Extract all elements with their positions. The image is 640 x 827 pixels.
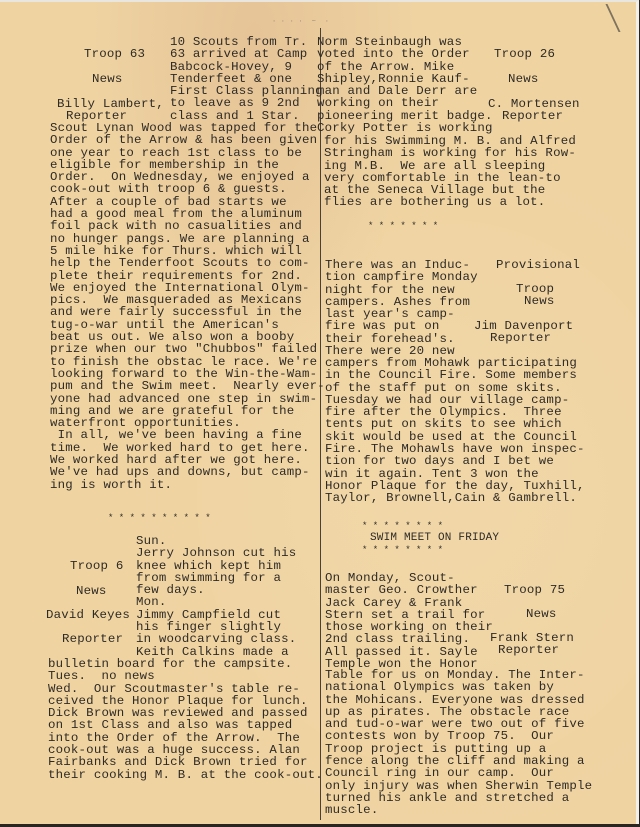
lead-text: Sun. Jerry Johnson cut his knee which ke… bbox=[136, 535, 296, 658]
side-label: News bbox=[526, 608, 557, 620]
side-title: Troop 63 bbox=[84, 48, 145, 60]
lead-text: 10 Scouts from Tr. 63 arrived at Camp Ba… bbox=[170, 36, 323, 122]
lead-text: There was an Induc- tion campfire Monday… bbox=[325, 259, 478, 357]
reporter-label: Reporter bbox=[62, 633, 123, 645]
body-text: campers from Mohawk participating in the… bbox=[325, 357, 585, 505]
side-title: Troop 75 bbox=[504, 584, 565, 596]
stars-top: * * * * * * * * bbox=[362, 520, 443, 532]
reporter-label: Reporter bbox=[498, 644, 559, 656]
lead-text: On Monday, Scout- master Geo. Crowther J… bbox=[325, 572, 493, 670]
side-label: News bbox=[92, 73, 123, 85]
newsletter-page: · · · · ~ · Troop 63 News Billy Lambert,… bbox=[0, 0, 639, 824]
body-text: Table for us on Monday. The Inter- natio… bbox=[325, 669, 592, 817]
side-label-news: News bbox=[524, 295, 555, 307]
header-mark: · · · · ~ · bbox=[272, 16, 329, 28]
separator: * * * * * * * bbox=[368, 220, 438, 232]
headline: SWIM MEET ON FRIDAY bbox=[370, 532, 499, 544]
paper-crease bbox=[605, 4, 634, 32]
lead-text: Norm Steinbaugh was voted into the Order… bbox=[317, 36, 493, 134]
body-text: Scout Lynan Wood was tapped for the Orde… bbox=[50, 122, 325, 491]
stars-bottom: * * * * * * * * bbox=[362, 544, 443, 556]
body-text: for his Swimming M. B. and Alfred String… bbox=[324, 135, 576, 209]
side-label: News bbox=[508, 73, 539, 85]
side-title: Troop 26 bbox=[494, 48, 555, 60]
side-label: News bbox=[76, 585, 107, 597]
reporter-label: Reporter bbox=[490, 332, 551, 344]
side-title: Provisional bbox=[496, 259, 580, 271]
body-text: bulletin board for the campsite. Tues. n… bbox=[48, 658, 323, 781]
reporter-label: Reporter bbox=[502, 110, 563, 122]
side-title: Troop 6 bbox=[70, 560, 123, 572]
separator: * * * * * * * * * * bbox=[108, 512, 211, 524]
reporter-name: David Keyes bbox=[46, 609, 130, 621]
